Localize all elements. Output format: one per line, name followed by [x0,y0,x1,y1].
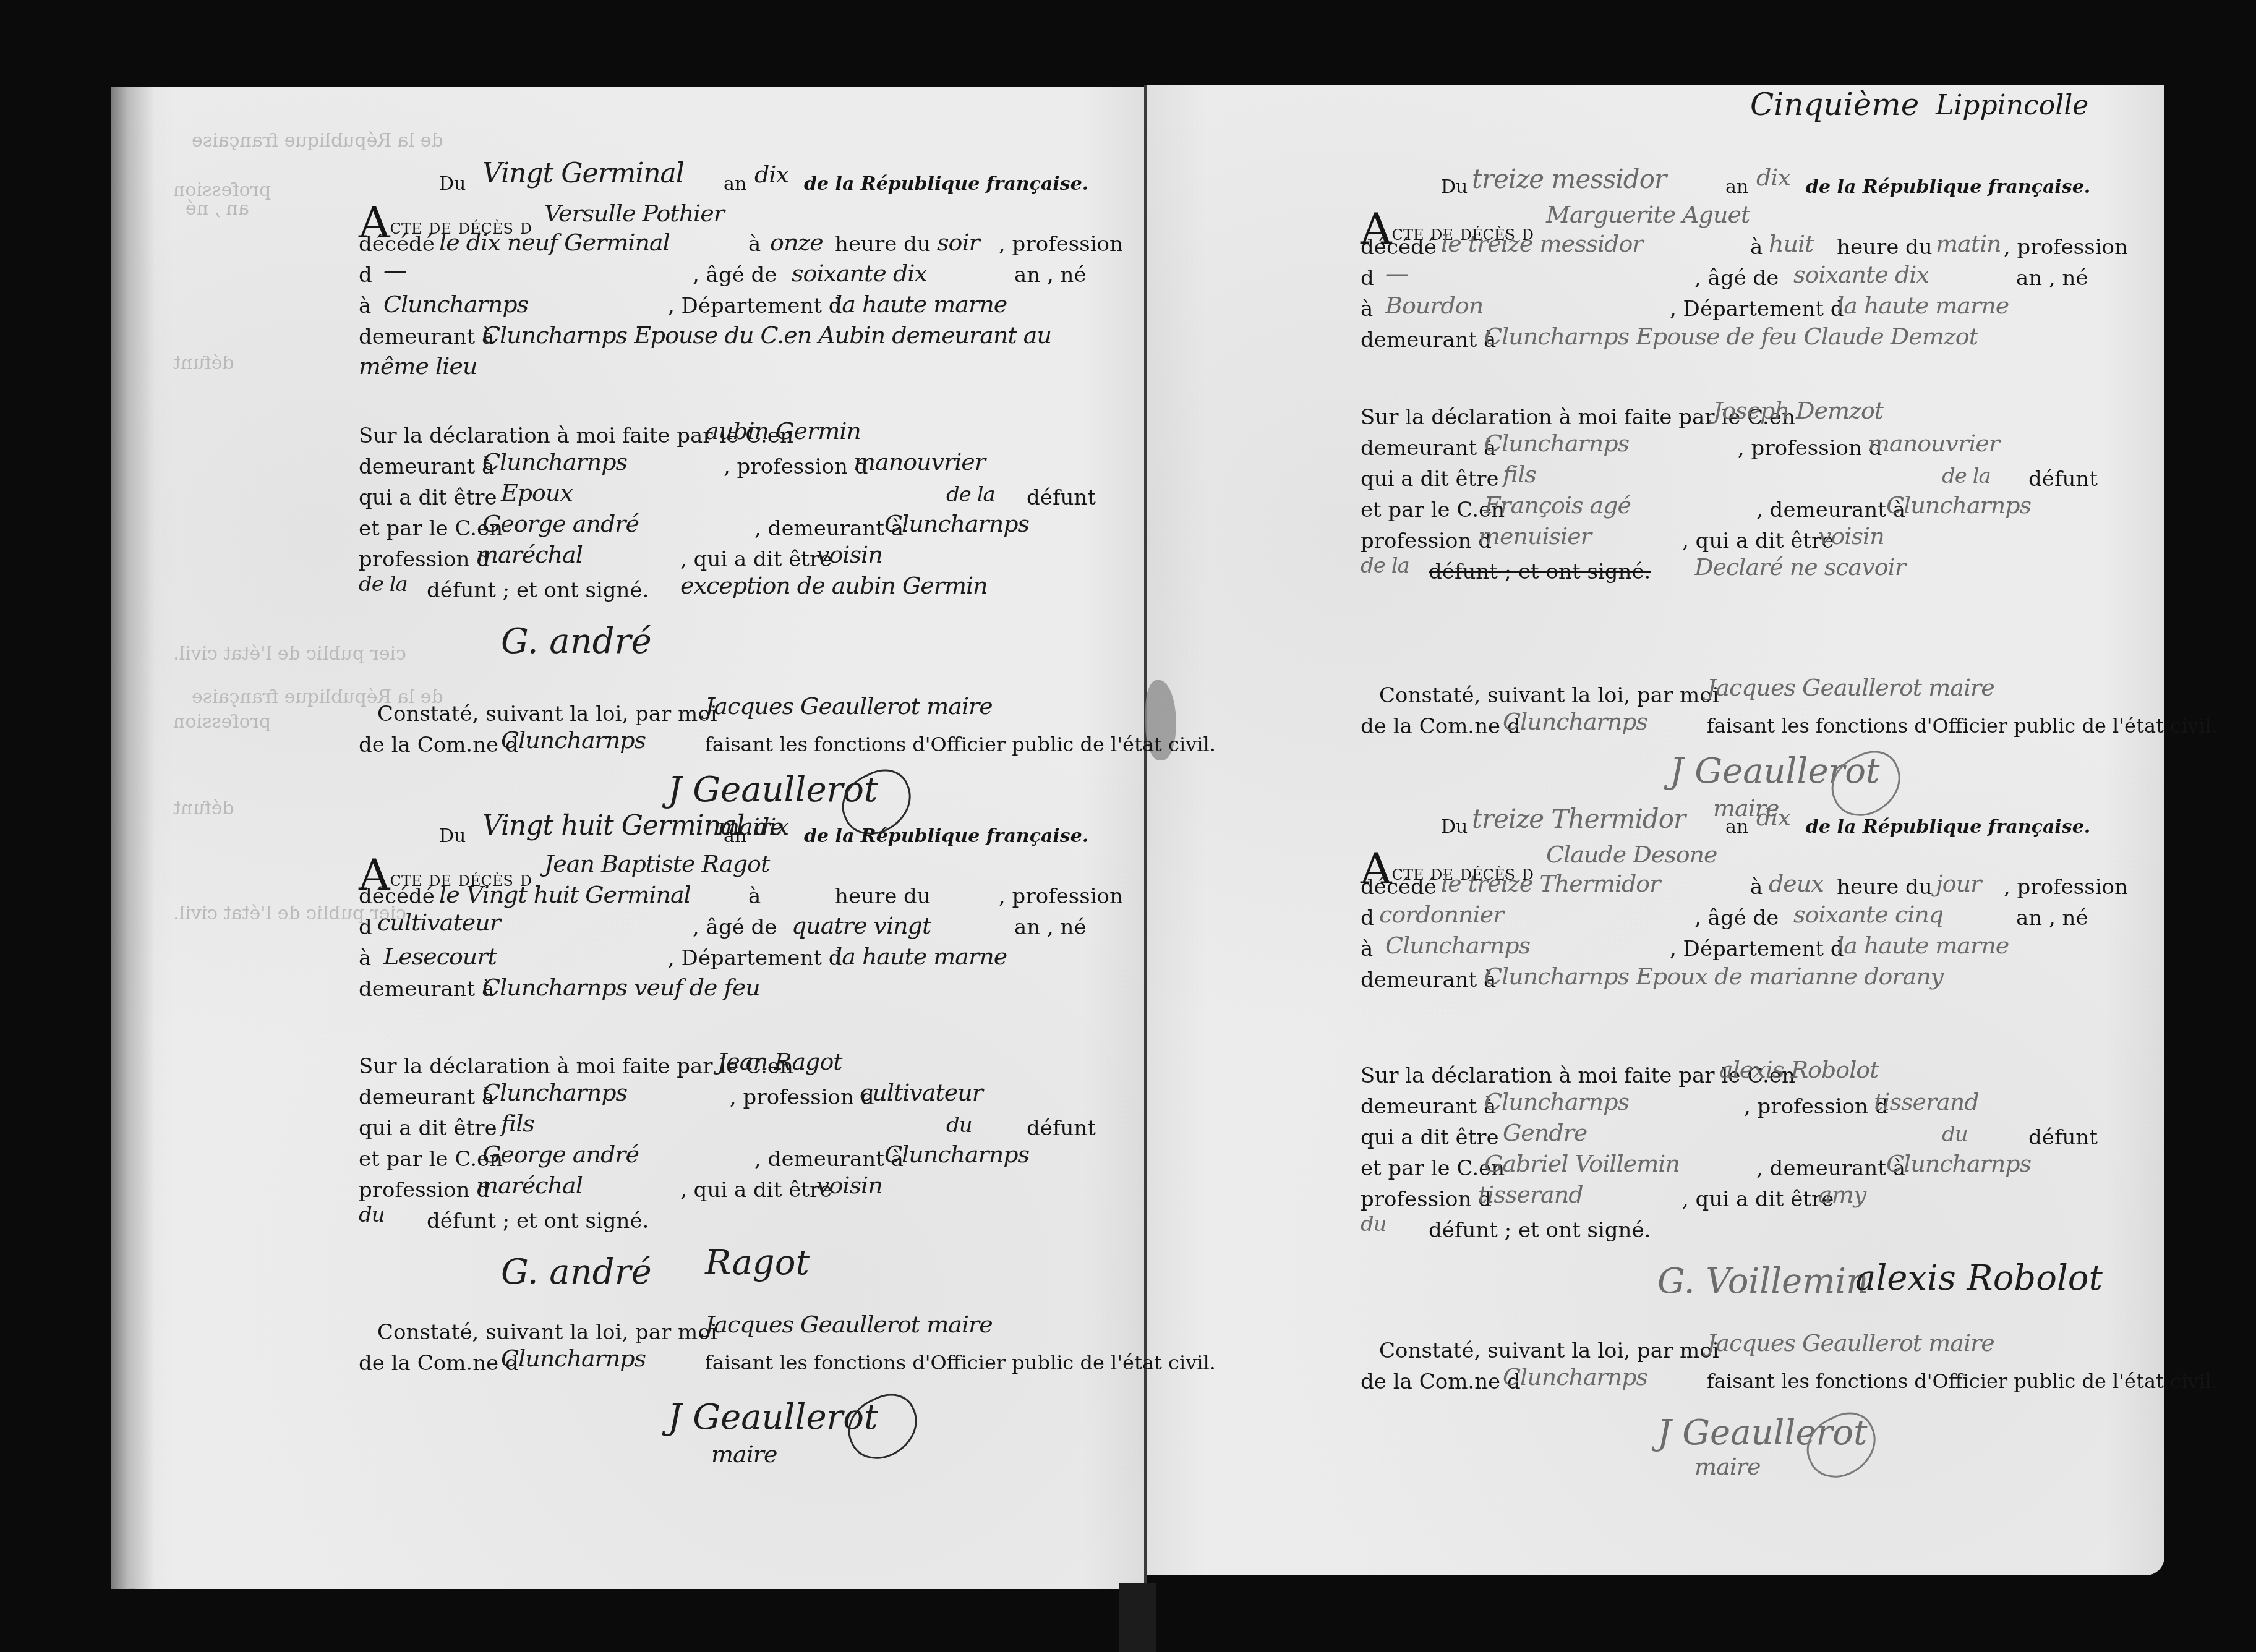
bleed-through-text: an , né [186,198,249,219]
witness-signature: G. Voillemin [1657,1261,1868,1301]
register-volume-annotation: Cinquième [1750,87,1919,122]
birthplace: Cluncharnps [1385,932,1530,959]
declarant-1-residence: Cluncharnps [1484,1088,1629,1115]
declarant-1-residence: Cluncharnps [482,448,627,475]
register-flourish: Lippincolle [1936,90,2088,121]
printed-decede: décédé [359,232,435,257]
hour-of-death: huit [1769,230,1813,257]
deceased-name: Jean Baptiste Ragot [544,850,769,877]
date-of-death: le treize messidor [1441,230,1643,257]
printed-du: Du [439,173,466,195]
deceased-name: Versulle Pothier [544,200,724,227]
declarant-2-relation: amy [1818,1181,1866,1208]
residence: Cluncharnps Epouse de feu Claude Demzot [1484,323,1978,350]
et-ont-signe-struck: défunt ; et ont signé. [1429,560,1651,584]
age-value: soixante cinq [1793,901,1943,928]
declarant-2-relation: voisin [816,541,882,568]
declarant-2-profession: menuisier [1478,522,1591,550]
declarant-1-profession: manouvrier [1868,430,1999,457]
commune-name: Cluncharnps [501,1345,646,1372]
bleed-through-text: défunt [173,798,234,819]
declarant-2-name: George andré [482,1141,639,1168]
declarant-1-relation: Epoux [501,479,573,506]
declarant-2-name: François agé [1484,492,1631,519]
residence: Cluncharnps veuf de feu [482,974,760,1001]
commune-name: Cluncharnps [1503,1363,1647,1390]
profession-value: cultivateur [377,909,500,936]
declarant-2-residence: Cluncharnps [1886,1150,2031,1177]
department: la haute marne [835,943,1007,970]
declarant-2-profession: tisserand [1478,1181,1583,1208]
declarant-2-name: George andré [482,510,639,537]
residence: Cluncharnps Epoux de marianne dorany [1484,963,1943,990]
declarant-1-relation: fils [1503,461,1536,488]
time-of-day: jour [1936,870,1981,897]
officer-name: Jacques Geaullerot maire [1707,1329,1994,1356]
declarant-1-profession: tisserand [1874,1088,1979,1115]
date-of-death: le treize Thermidor [1441,870,1660,897]
commune-name: Cluncharnps [501,726,646,754]
declarant-2-profession: maréchal [476,541,583,568]
declarant-2-relation: voisin [816,1172,882,1199]
printed-an: an [724,173,746,195]
residence: Cluncharnps Epouse du C.en Aubin demeura… [482,321,1051,349]
declarant-1-residence: Cluncharnps [482,1079,627,1106]
officer-name: Jacques Geaullerot maire [705,1311,993,1338]
record-year: dix [1756,164,1790,191]
officer-name: Jacques Geaullerot maire [1707,674,1994,701]
record-date: treize messidor [1472,164,1666,194]
declarant-2-residence: Cluncharnps [884,510,1029,537]
deceased-name: Claude Desone [1546,841,1717,868]
department: la haute marne [1837,292,2009,319]
declarant-2-relation: voisin [1818,522,1884,550]
birthplace: Lesecourt [383,943,497,970]
bleed-through-text: profession [173,711,271,733]
declarant-1-name: Jean Ragot [717,1048,842,1075]
time-of-day: matin [1936,230,2001,257]
record-date: treize Thermidor [1472,804,1685,834]
officer-name: Jacques Geaullerot maire [705,692,993,720]
declarant-1-relation: fils [501,1110,534,1137]
birthplace: Cluncharnps [383,291,528,318]
declaration-note: exception de aubin Germin [680,572,988,599]
age-value: soixante dix [1793,261,1929,288]
hour-of-death: onze [770,229,823,256]
declarant-2-residence: Cluncharnps [1886,492,2031,519]
department: la haute marne [1837,932,2009,959]
date-of-death: le Vingt huit Germinal [439,881,691,908]
time-of-day: soir [937,229,980,256]
record-year: dix [754,161,788,188]
profession-value: — [383,257,406,284]
declarant-1-residence: Cluncharnps [1484,430,1629,457]
printed-republique: de la République française. [804,173,1088,195]
hour-of-death: deux [1769,870,1824,897]
commune-name: Cluncharnps [1503,708,1647,735]
declarant-2-profession: maréchal [476,1172,583,1199]
record-year: dix [1756,804,1790,831]
declarant-1-relation: Gendre [1503,1119,1587,1146]
date-of-death: le dix neuf Germinal [439,229,670,256]
declarant-1-profession: cultivateur [860,1079,983,1106]
deceased-name: Marguerite Aguet [1546,201,1750,228]
spine-shadow [1119,1583,1156,1652]
department: la haute marne [835,291,1007,318]
bleed-through-text: de la République française [192,130,443,151]
officer-title: maire [1694,1453,1761,1480]
profession-value: cordonnier [1379,901,1503,928]
declarant-2-residence: Cluncharnps [884,1141,1029,1168]
declarant-2-name: Gabriel Voillemin [1484,1150,1680,1177]
declaration-note: Declaré ne scavoir [1694,553,1905,581]
age-value: quatre vingt [792,912,931,939]
declarant-1-profession: manouvrier [853,448,985,475]
record-date: Vingt Germinal [482,158,684,189]
age-value: soixante dix [792,260,927,287]
declarant-1-name: aubin Germin [705,417,861,445]
declarant-1-name: alexis Robolot [1719,1056,1878,1083]
officer-signature: J Geaullerot [668,1397,878,1437]
witness-signature: alexis Robolot [1855,1258,2103,1298]
record-date: Vingt huit Germinal [482,810,744,841]
residence-continued: même lieu [359,352,477,380]
record-year: dix [754,813,788,840]
witness-signature: G. andré [501,621,652,662]
officer-title: maire [711,1441,777,1468]
declarant-1-name: Joseph Demzot [1713,397,1883,424]
profession-value: — [1385,260,1408,287]
witness-signature: Ragot [705,1243,810,1283]
bleed-through-text: défunt [173,352,234,374]
birthplace: Bourdon [1385,292,1483,319]
witness-signature: G. andré [501,1252,652,1292]
bleed-through-text: cier public de l'état civil. [173,643,406,665]
